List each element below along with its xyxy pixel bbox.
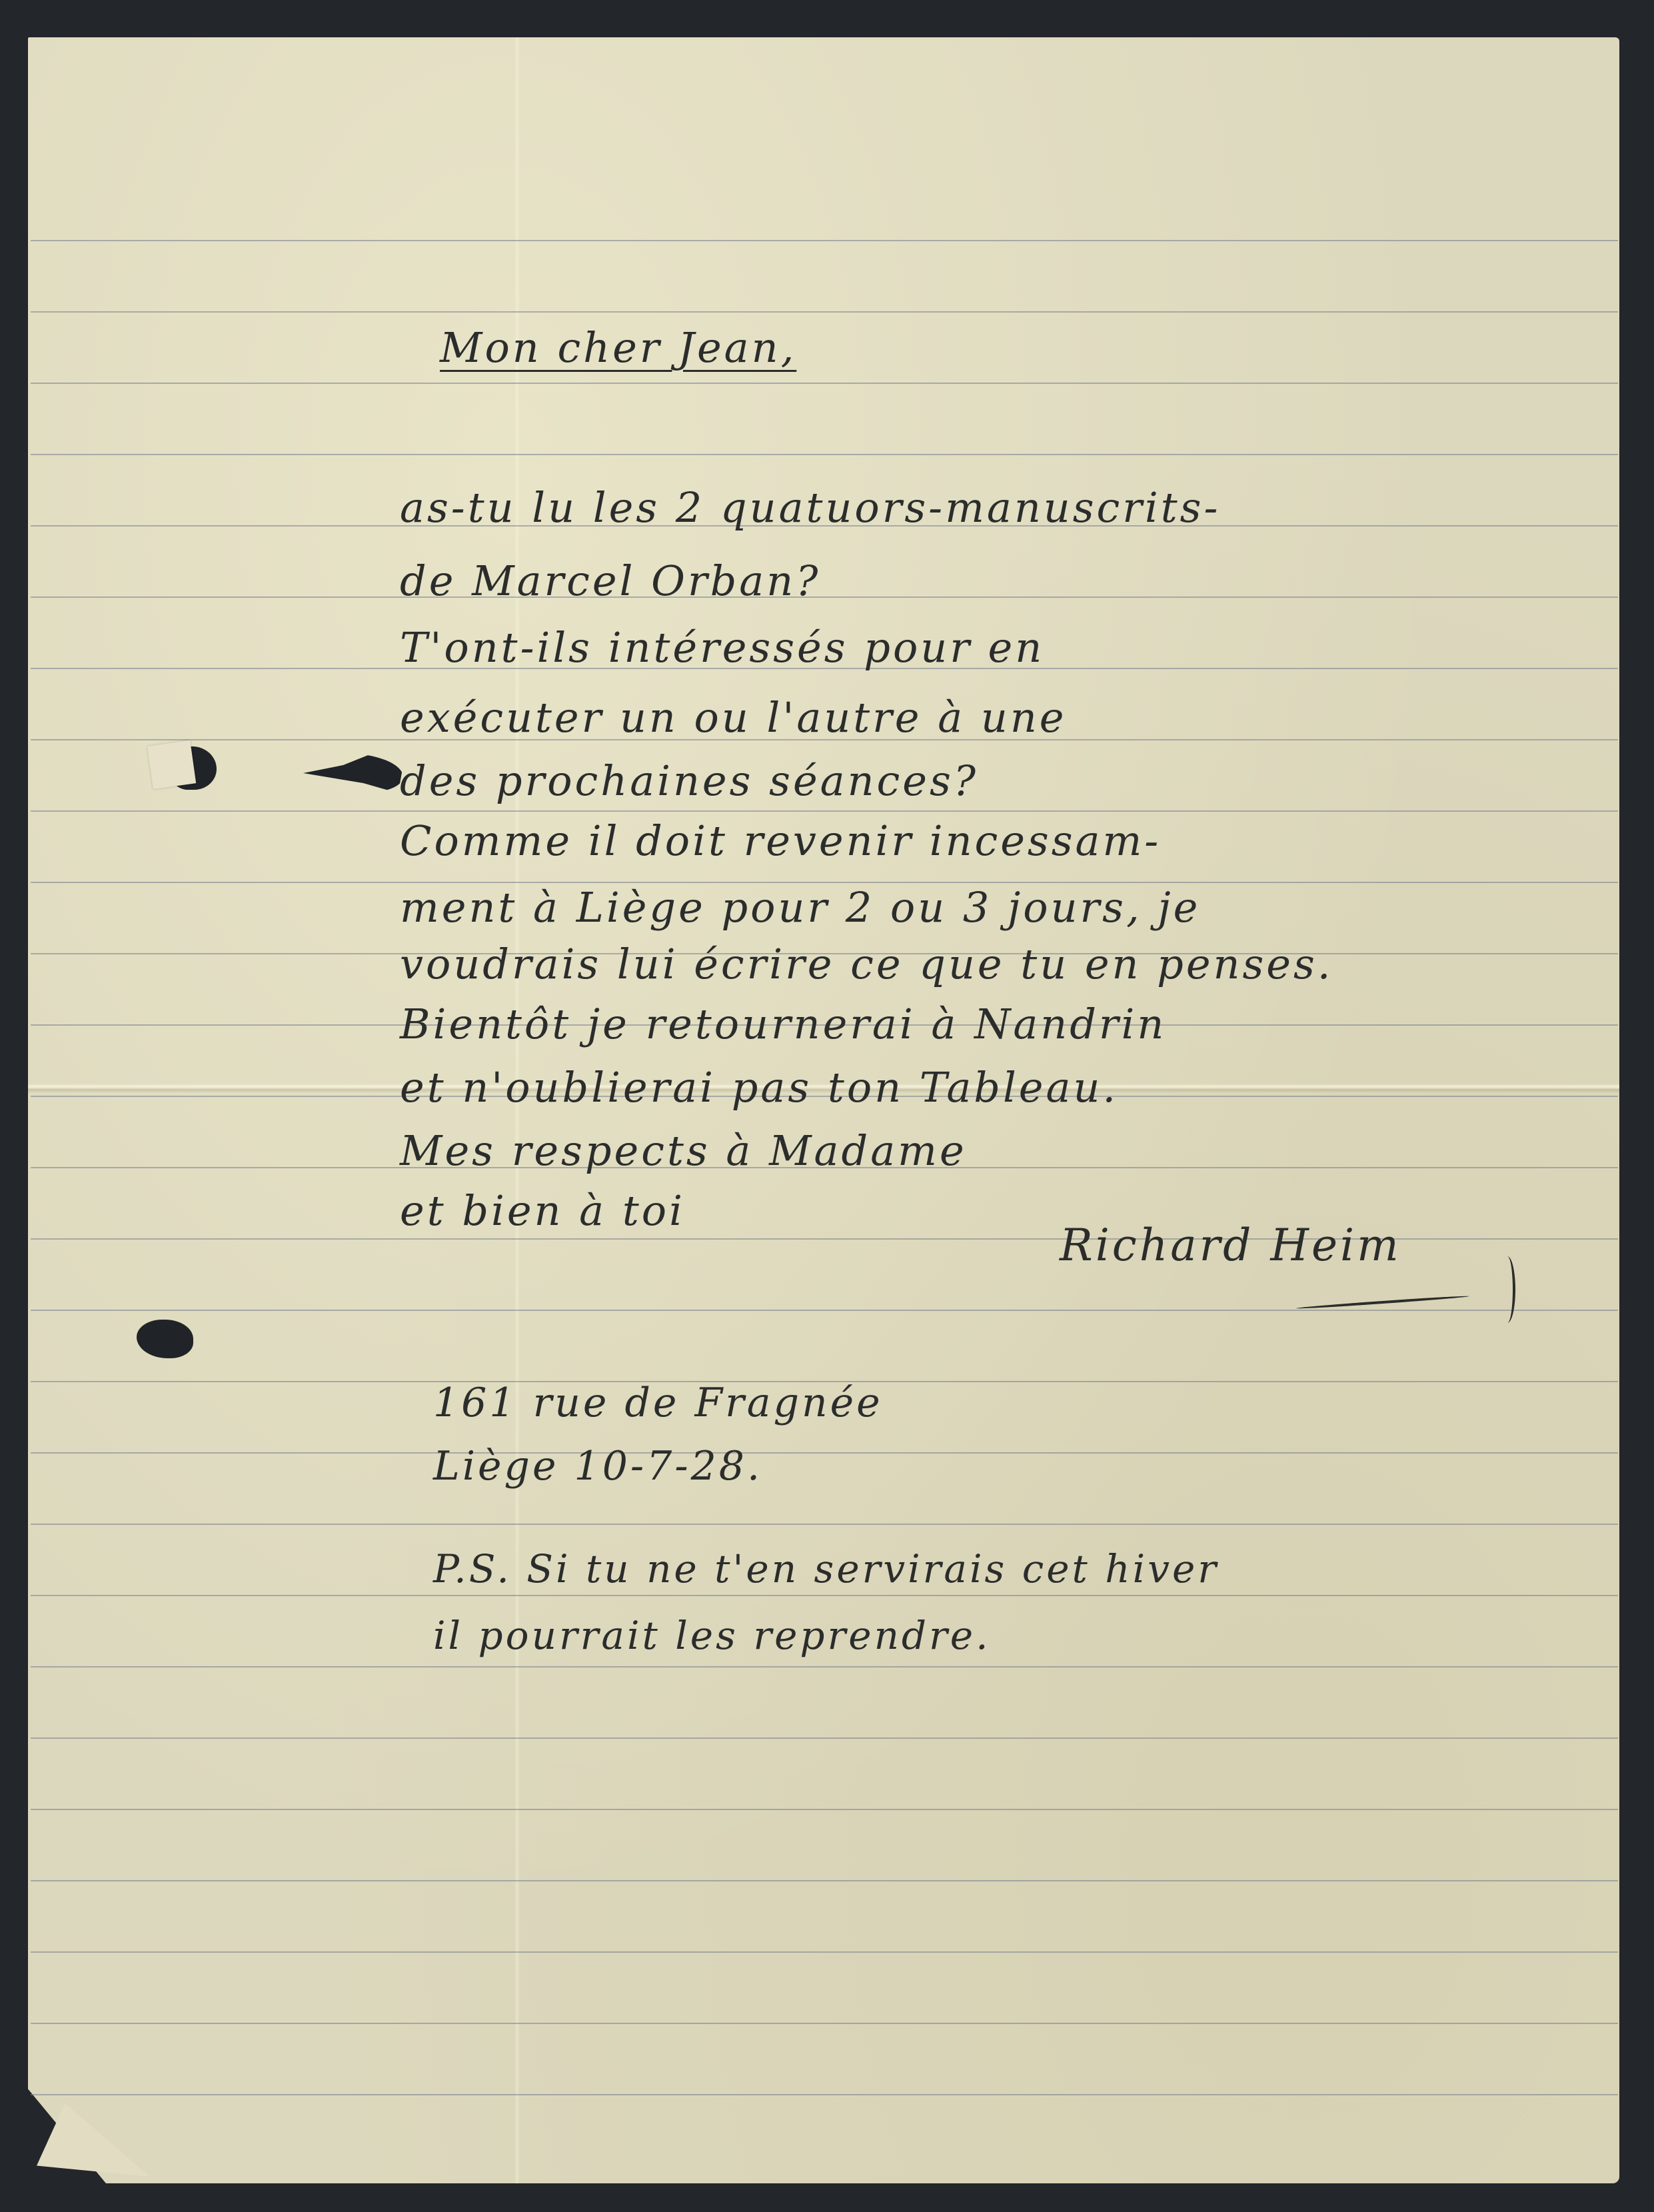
ruled-line [31,1524,1618,1525]
ruled-line [31,596,1618,598]
ruled-line [31,1951,1618,1953]
ruled-line [31,2094,1618,2095]
ruled-line [31,2023,1618,2024]
address-date: Liège 10-7-28. [433,1443,762,1490]
signature: Richard Heim [1060,1220,1401,1271]
body-line-6: Comme il doit revenir incessam- [400,816,1161,865]
body-line-4: exécuter un ou l'autre à une [400,693,1066,742]
body-line-3: T'ont-ils intéressés pour en [400,623,1044,672]
postscript-line-1: P.S. Si tu ne t'en servirais cet hiver [433,1546,1219,1592]
ruled-line [31,1452,1618,1454]
ruled-line [31,1809,1618,1810]
ruled-line [31,311,1618,313]
ruled-line [31,1880,1618,1881]
ruled-line [31,240,1618,241]
ruled-line [31,1666,1618,1667]
body-line-10: et n'oublierai pas ton Tableau. [400,1063,1118,1112]
postscript-line-2: il pourrait les reprendre. [433,1613,991,1658]
ruled-line [31,383,1618,384]
ruled-line [31,454,1618,455]
salutation: Mon cher Jean, [440,323,796,372]
body-line-2: de Marcel Orban? [400,556,820,605]
body-line-5: des prochaines séances? [400,756,978,805]
body-line-9: Bientôt je retournerai à Nandrin [400,1000,1166,1048]
torn-paper-flap [147,740,196,789]
address-street: 161 rue de Fragnée [433,1380,883,1426]
ruled-line [31,1595,1618,1596]
body-line-7: ment à Liège pour 2 ou 3 jours, je [400,883,1200,932]
closing-line: et bien à toi [400,1186,685,1235]
body-line-8: voudrais lui écrire ce que tu en penses. [400,940,1333,988]
ruled-line [31,1737,1618,1739]
ruled-line [31,1310,1618,1311]
body-line-11: Mes respects à Madame [400,1126,967,1175]
signature-flourish [1499,1256,1515,1323]
body-line-1: as-tu lu les 2 quatuors-manuscrits- [400,483,1220,532]
ruled-line [31,810,1618,812]
